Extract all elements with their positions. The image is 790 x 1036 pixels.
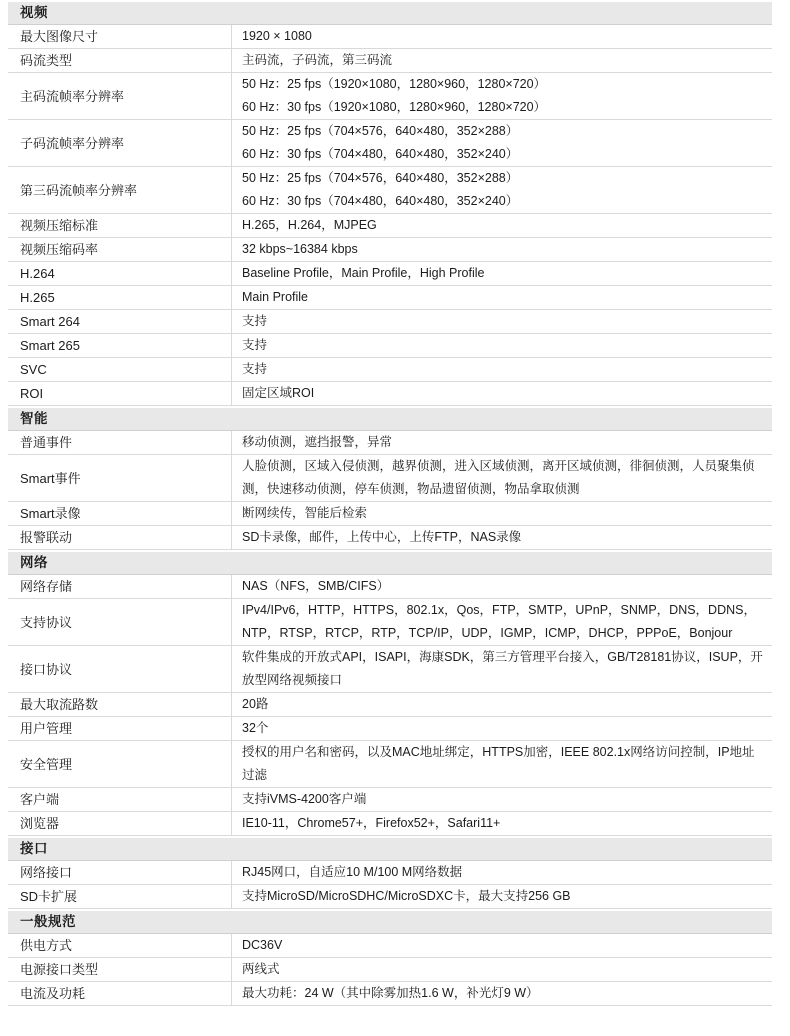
table-row: SD卡扩展 支持MicroSD/MicroSDHC/MicroSDXC卡，最大支… xyxy=(8,885,772,909)
row-label: 报警联动 xyxy=(8,526,232,549)
row-value: Baseline Profile，Main Profile，High Profi… xyxy=(232,262,772,285)
value-line: RJ45网口，自适应10 M/100 M网络数据 xyxy=(242,861,764,884)
value-line: 软件集成的开放式API，ISAPI，海康SDK，第三方管理平台接入，GB/T28… xyxy=(242,646,764,692)
value-line: 固定区域ROI xyxy=(242,382,764,405)
value-line: SD卡录像，邮件，上传中心，上传FTP，NAS录像 xyxy=(242,526,764,549)
section-rows-intelligence: 普通事件 移动侦测，遮挡报警，异常 Smart事件 人脸侦测，区域入侵侦测，越界… xyxy=(8,430,772,550)
table-row: 电流及功耗 最大功耗：24 W（其中除雾加热1.6 W，补光灯9 W） xyxy=(8,982,772,1006)
value-line: Main Profile xyxy=(242,286,764,309)
table-row: 子码流帧率分辨率 50 Hz：25 fps（704×576，640×480，35… xyxy=(8,120,772,167)
value-line: NAS（NFS，SMB/CIFS） xyxy=(242,575,764,598)
row-value: H.265，H.264，MJPEG xyxy=(232,214,772,237)
table-row: 视频压缩码率 32 kbps~16384 kbps xyxy=(8,238,772,262)
row-label: 码流类型 xyxy=(8,49,232,72)
row-label: 普通事件 xyxy=(8,431,232,454)
row-value: 32个 xyxy=(232,717,772,740)
value-line: 两线式 xyxy=(242,958,764,981)
row-value: 固定区域ROI xyxy=(232,382,772,405)
table-row: 网络接口 RJ45网口，自适应10 M/100 M网络数据 xyxy=(8,861,772,885)
value-line: 50 Hz：25 fps（704×576，640×480，352×288） xyxy=(242,120,764,143)
value-line: 50 Hz：25 fps（704×576，640×480，352×288） xyxy=(242,167,764,190)
row-value: 断网续传，智能后检索 xyxy=(232,502,772,525)
table-row: SVC 支持 xyxy=(8,358,772,382)
value-line: 人脸侦测，区域入侵侦测，越界侦测，进入区域侦测，离开区域侦测，徘徊侦测，人员聚集… xyxy=(242,455,764,501)
row-value: 支持MicroSD/MicroSDHC/MicroSDXC卡，最大支持256 G… xyxy=(232,885,772,908)
table-row: Smart 265 支持 xyxy=(8,334,772,358)
section-rows-interface: 网络接口 RJ45网口，自适应10 M/100 M网络数据 SD卡扩展 支持Mi… xyxy=(8,860,772,909)
table-row: H.265 Main Profile xyxy=(8,286,772,310)
section-rows-general: 供电方式 DC36V 电源接口类型 两线式 电流及功耗 最大功耗：24 W（其中… xyxy=(8,933,772,1006)
row-label: 电流及功耗 xyxy=(8,982,232,1005)
row-label: 供电方式 xyxy=(8,934,232,957)
row-label: 视频压缩标准 xyxy=(8,214,232,237)
value-line: 断网续传，智能后检索 xyxy=(242,502,764,525)
row-value: IPv4/IPv6，HTTP，HTTPS，802.1x，Qos，FTP，SMTP… xyxy=(232,599,772,645)
row-value: 1920 × 1080 xyxy=(232,25,772,48)
row-label: 网络存储 xyxy=(8,575,232,598)
value-line: 32 kbps~16384 kbps xyxy=(242,238,764,261)
table-row: 最大取流路数 20路 xyxy=(8,693,772,717)
row-label: 电源接口类型 xyxy=(8,958,232,981)
table-row: Smart录像 断网续传，智能后检索 xyxy=(8,502,772,526)
row-value: 最大功耗：24 W（其中除雾加热1.6 W，补光灯9 W） xyxy=(232,982,772,1005)
row-label: 子码流帧率分辨率 xyxy=(8,120,232,166)
value-line: 50 Hz：25 fps（1920×1080，1280×960，1280×720… xyxy=(242,73,764,96)
row-label: Smart 264 xyxy=(8,310,232,333)
row-label: 第三码流帧率分辨率 xyxy=(8,167,232,213)
row-value: 支持 xyxy=(232,310,772,333)
row-label: 最大图像尺寸 xyxy=(8,25,232,48)
value-line: 32个 xyxy=(242,717,764,740)
section-header-general: 一般规范 xyxy=(8,911,772,933)
value-line: IPv4/IPv6，HTTP，HTTPS，802.1x，Qos，FTP，SMTP… xyxy=(242,599,764,645)
table-row: 接口协议 软件集成的开放式API，ISAPI，海康SDK，第三方管理平台接入，G… xyxy=(8,646,772,693)
row-value: 50 Hz：25 fps（1920×1080，1280×960，1280×720… xyxy=(232,73,772,119)
row-label: Smart 265 xyxy=(8,334,232,357)
row-label: Smart事件 xyxy=(8,455,232,501)
row-value: Main Profile xyxy=(232,286,772,309)
table-row: 第三码流帧率分辨率 50 Hz：25 fps（704×576，640×480，3… xyxy=(8,167,772,214)
row-value: 两线式 xyxy=(232,958,772,981)
value-line: DC36V xyxy=(242,934,764,957)
row-label: 支持协议 xyxy=(8,599,232,645)
table-row: 安全管理 授权的用户名和密码，以及MAC地址绑定，HTTPS加密，IEEE 80… xyxy=(8,741,772,788)
row-label: 安全管理 xyxy=(8,741,232,787)
row-value: SD卡录像，邮件，上传中心，上传FTP，NAS录像 xyxy=(232,526,772,549)
table-row: 报警联动 SD卡录像，邮件，上传中心，上传FTP，NAS录像 xyxy=(8,526,772,550)
spec-table: 视频 最大图像尺寸 1920 × 1080 码流类型 主码流，子码流，第三码流 … xyxy=(8,2,772,1036)
row-value: 50 Hz：25 fps（704×576，640×480，352×288） 60… xyxy=(232,167,772,213)
table-row: 支持协议 IPv4/IPv6，HTTP，HTTPS，802.1x，Qos，FTP… xyxy=(8,599,772,646)
table-row: 最大图像尺寸 1920 × 1080 xyxy=(8,25,772,49)
table-row: ROI 固定区域ROI xyxy=(8,382,772,406)
row-label: 网络接口 xyxy=(8,861,232,884)
table-row: 普通事件 移动侦测，遮挡报警，异常 xyxy=(8,431,772,455)
row-value: 软件集成的开放式API，ISAPI，海康SDK，第三方管理平台接入，GB/T28… xyxy=(232,646,772,692)
value-line: 支持MicroSD/MicroSDHC/MicroSDXC卡，最大支持256 G… xyxy=(242,885,764,908)
row-value: 支持 xyxy=(232,334,772,357)
section-rows-network: 网络存储 NAS（NFS，SMB/CIFS） 支持协议 IPv4/IPv6，HT… xyxy=(8,574,772,836)
value-line: 最大功耗：24 W（其中除雾加热1.6 W，补光灯9 W） xyxy=(242,982,764,1005)
table-row: 网络存储 NAS（NFS，SMB/CIFS） xyxy=(8,575,772,599)
table-row: 用户管理 32个 xyxy=(8,717,772,741)
table-row: 码流类型 主码流，子码流，第三码流 xyxy=(8,49,772,73)
row-value: 支持iVMS-4200客户端 xyxy=(232,788,772,811)
value-line: 1920 × 1080 xyxy=(242,25,764,48)
row-label: 客户端 xyxy=(8,788,232,811)
value-line: 60 Hz：30 fps（1920×1080，1280×960，1280×720… xyxy=(242,96,764,119)
row-label: 用户管理 xyxy=(8,717,232,740)
row-value: 移动侦测，遮挡报警，异常 xyxy=(232,431,772,454)
row-label: 接口协议 xyxy=(8,646,232,692)
row-label: 浏览器 xyxy=(8,812,232,835)
table-row: Smart 264 支持 xyxy=(8,310,772,334)
value-line: Baseline Profile，Main Profile，High Profi… xyxy=(242,262,764,285)
row-value: 32 kbps~16384 kbps xyxy=(232,238,772,261)
value-line: IE10-11，Chrome57+，Firefox52+，Safari11+ xyxy=(242,812,764,835)
value-line: 支持iVMS-4200客户端 xyxy=(242,788,764,811)
value-line: 60 Hz：30 fps（704×480，640×480，352×240） xyxy=(242,143,764,166)
table-row: Smart事件 人脸侦测，区域入侵侦测，越界侦测，进入区域侦测，离开区域侦测，徘… xyxy=(8,455,772,502)
row-value: RJ45网口，自适应10 M/100 M网络数据 xyxy=(232,861,772,884)
table-row: 电源接口类型 两线式 xyxy=(8,958,772,982)
row-value: DC36V xyxy=(232,934,772,957)
row-value: 人脸侦测，区域入侵侦测，越界侦测，进入区域侦测，离开区域侦测，徘徊侦测，人员聚集… xyxy=(232,455,772,501)
row-label: 最大取流路数 xyxy=(8,693,232,716)
row-label: Smart录像 xyxy=(8,502,232,525)
row-label: H.265 xyxy=(8,286,232,309)
section-header-network: 网络 xyxy=(8,552,772,574)
section-header-intelligence: 智能 xyxy=(8,408,772,430)
row-label: SVC xyxy=(8,358,232,381)
row-label: 视频压缩码率 xyxy=(8,238,232,261)
table-row: 视频压缩标准 H.265，H.264，MJPEG xyxy=(8,214,772,238)
value-line: 60 Hz：30 fps（704×480，640×480，352×240） xyxy=(242,190,764,213)
row-value: 50 Hz：25 fps（704×576，640×480，352×288） 60… xyxy=(232,120,772,166)
row-value: 主码流，子码流，第三码流 xyxy=(232,49,772,72)
row-label: H.264 xyxy=(8,262,232,285)
value-line: 支持 xyxy=(242,310,764,333)
value-line: 移动侦测，遮挡报警，异常 xyxy=(242,431,764,454)
row-label: ROI xyxy=(8,382,232,405)
value-line: 授权的用户名和密码，以及MAC地址绑定，HTTPS加密，IEEE 802.1x网… xyxy=(242,741,764,787)
value-line: H.265，H.264，MJPEG xyxy=(242,214,764,237)
row-label: SD卡扩展 xyxy=(8,885,232,908)
row-label: 主码流帧率分辨率 xyxy=(8,73,232,119)
table-row: 客户端 支持iVMS-4200客户端 xyxy=(8,788,772,812)
value-line: 支持 xyxy=(242,334,764,357)
row-value: IE10-11，Chrome57+，Firefox52+，Safari11+ xyxy=(232,812,772,835)
row-value: 支持 xyxy=(232,358,772,381)
value-line: 主码流，子码流，第三码流 xyxy=(242,49,764,72)
row-value: NAS（NFS，SMB/CIFS） xyxy=(232,575,772,598)
value-line: 20路 xyxy=(242,693,764,716)
section-header-video: 视频 xyxy=(8,2,772,24)
row-value: 20路 xyxy=(232,693,772,716)
table-row: 浏览器 IE10-11，Chrome57+，Firefox52+，Safari1… xyxy=(8,812,772,836)
section-header-interface: 接口 xyxy=(8,838,772,860)
table-row: 主码流帧率分辨率 50 Hz：25 fps（1920×1080，1280×960… xyxy=(8,73,772,120)
table-row: H.264 Baseline Profile，Main Profile，High… xyxy=(8,262,772,286)
table-row: 供电方式 DC36V xyxy=(8,934,772,958)
section-rows-video: 最大图像尺寸 1920 × 1080 码流类型 主码流，子码流，第三码流 主码流… xyxy=(8,24,772,406)
row-value: 授权的用户名和密码，以及MAC地址绑定，HTTPS加密，IEEE 802.1x网… xyxy=(232,741,772,787)
value-line: 支持 xyxy=(242,358,764,381)
